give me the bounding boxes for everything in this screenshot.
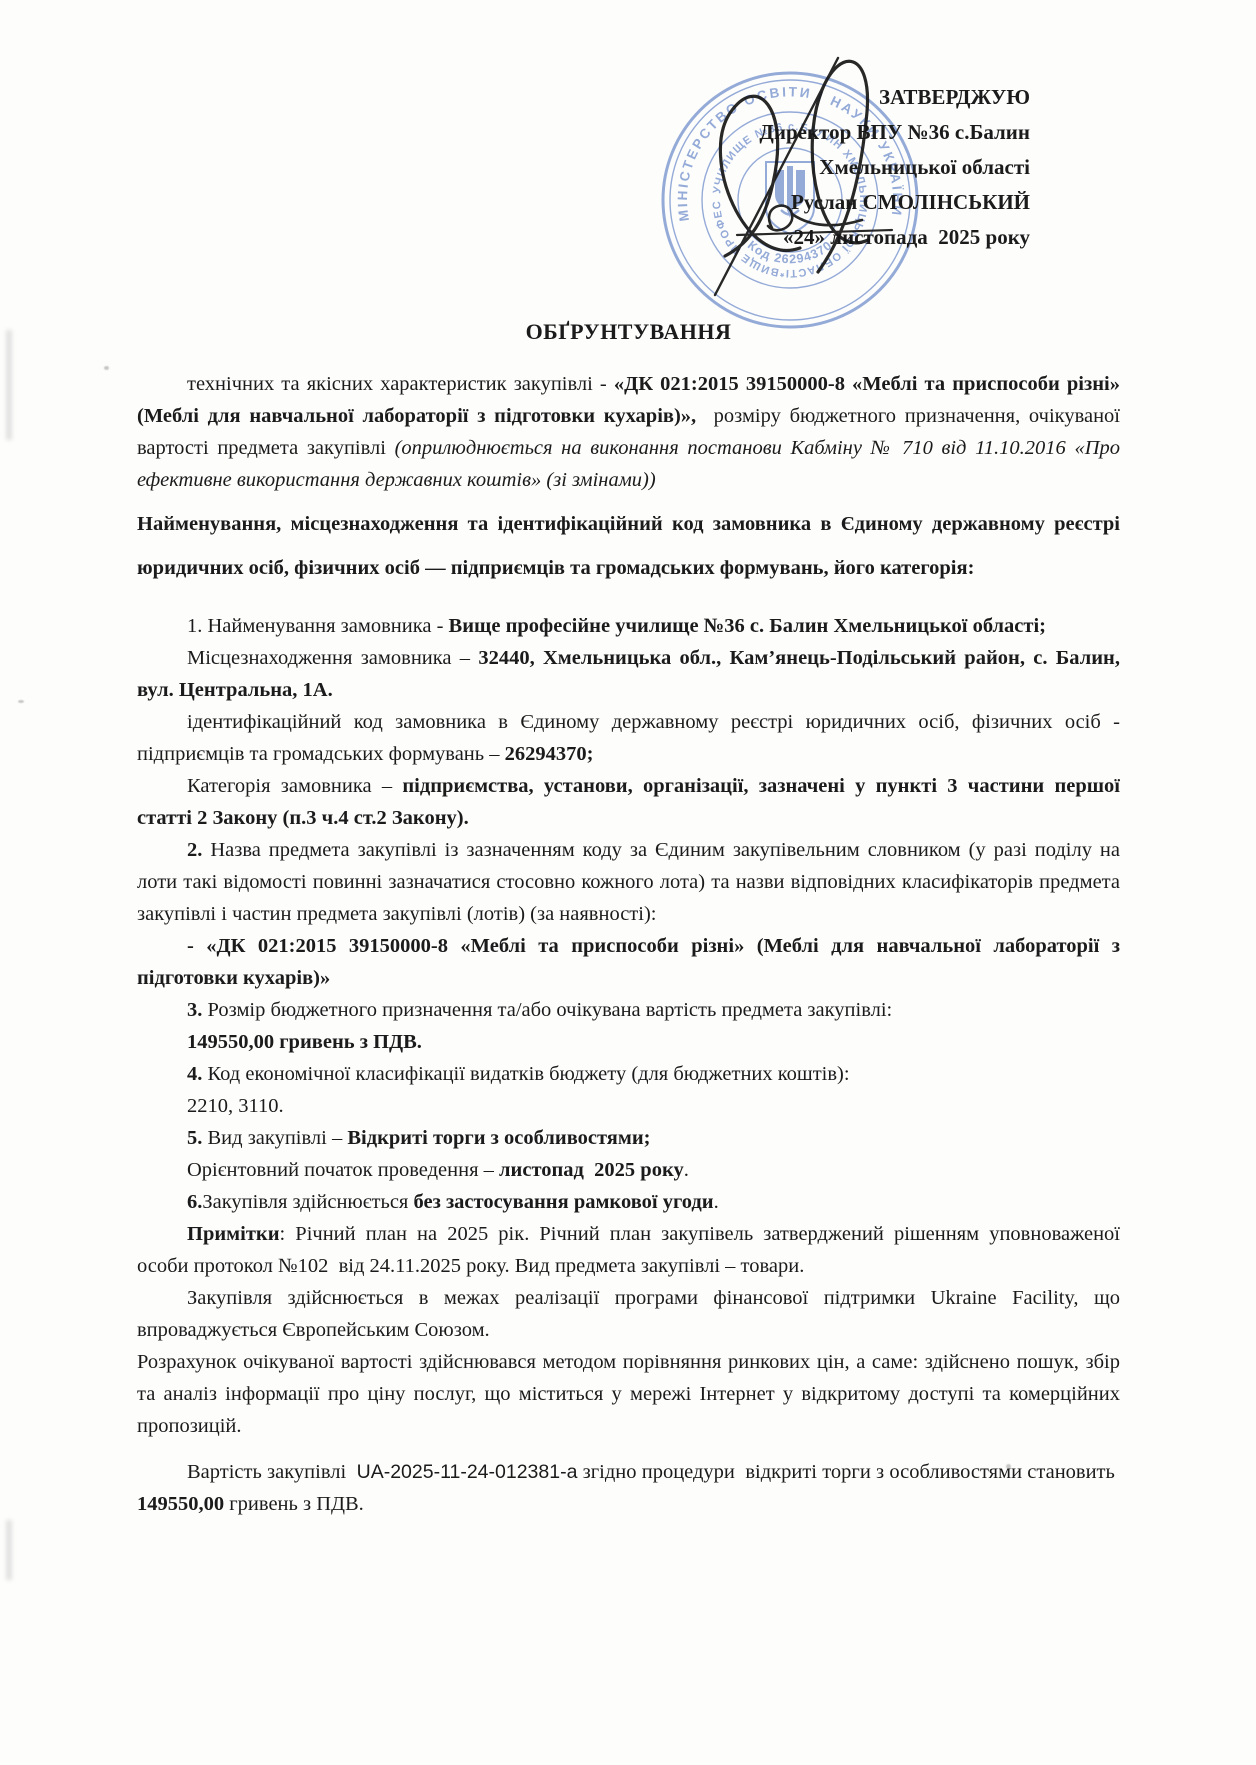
text-run: 4. — [187, 1063, 202, 1085]
text-run: 2210, 3110. — [187, 1095, 284, 1117]
text-run: Примітки — [187, 1223, 280, 1245]
scan-artifact — [6, 330, 12, 440]
text-run: Вид закупівлі – — [202, 1127, 347, 1149]
item-6-framework: 6.Закупівля здійснюється без застосуванн… — [137, 1186, 1120, 1218]
text-run: : Річний план на 2025 рік. Річний план з… — [137, 1223, 1120, 1277]
text-run: . — [714, 1191, 719, 1213]
scan-artifact — [18, 700, 24, 703]
text-run: Код економічної класифікації видатків бю… — [202, 1063, 849, 1085]
procurement-value-paragraph: Вартість закупівлі UA-2025-11-24-012381-… — [137, 1456, 1120, 1520]
kekv-codes: 2210, 3110. — [137, 1090, 1120, 1122]
text-run: 3. — [187, 999, 202, 1021]
text-run: 149550,00 гривень з ПДВ. — [187, 1031, 422, 1053]
dk-code-line: - «ДК 021:2015 39150000-8 «Меблі та прис… — [137, 930, 1120, 994]
document-body: ОБҐРУНТУВАННЯ технічних та якісних харак… — [137, 316, 1120, 1520]
intro-paragraph: технічних та якісних характеристик закуп… — [137, 368, 1120, 496]
text-run: Орієнтовний початок проведення – — [187, 1159, 499, 1181]
text-run: UA-2025-11-24-012381-а — [357, 1461, 578, 1483]
item-5-procurement-type: 5. Вид закупівлі – Відкриті торги з особ… — [137, 1122, 1120, 1154]
text-run: без застосування рамкової угоди — [414, 1191, 714, 1213]
item-4-kekv: 4. Код економічної класифікації видатків… — [137, 1058, 1120, 1090]
customer-id-code: ідентифікаційний код замовника в Єдиному… — [137, 706, 1120, 770]
text-run: 6. — [187, 1191, 202, 1213]
handwritten-signature — [645, 38, 945, 308]
text-run: Відкриті торги з особливостями; — [347, 1127, 650, 1149]
ukraine-facility-paragraph: Закупівля здійснюється в межах реалізаці… — [137, 1282, 1120, 1346]
text-run: Категорія замовника – — [187, 775, 402, 797]
text-run: Вартість закупівлі — [187, 1461, 357, 1483]
text-run: листопад 2025 року — [499, 1159, 684, 1181]
text-run: Місцезнаходження замовника – — [187, 647, 478, 669]
text-run: 1. Найменування замовника - — [187, 615, 449, 637]
text-run: 2. — [187, 839, 202, 861]
text-run: - «ДК 021:2015 39150000-8 «Меблі та прис… — [137, 935, 1120, 989]
text-run: 26294370; — [505, 743, 594, 765]
text-run: Вище професійне училище №36 с. Балин Хме… — [449, 615, 1046, 637]
text-run: Назва предмета закупівлі із зазначенням … — [137, 839, 1120, 925]
item-1-customer-name: 1. Найменування замовника - Вище професі… — [137, 610, 1120, 642]
text-run: 5. — [187, 1127, 202, 1149]
text-run: технічних та якісних характеристик закуп… — [187, 373, 614, 395]
document-title: ОБҐРУНТУВАННЯ — [137, 316, 1120, 348]
text-run: . — [684, 1159, 689, 1181]
item-2-subject-name: 2. Назва предмета закупівлі із зазначенн… — [137, 834, 1120, 930]
customer-location: Місцезнаходження замовника – 32440, Хмел… — [137, 642, 1120, 706]
text-run: Закупівля здійснюється — [202, 1191, 413, 1213]
text-run: Розрахунок очікуваної вартості здійснюва… — [137, 1351, 1120, 1437]
document-page: МІНІСТЕРСТВО ОСВІТИ І НАУКИ УКРАЇНИ УЧИЛ… — [0, 0, 1256, 1765]
item-3-budget: 3. Розмір бюджетного призначення та/або … — [137, 994, 1120, 1026]
text-run: Розмір бюджетного призначення та/або очі… — [202, 999, 892, 1021]
calculation-paragraph: Розрахунок очікуваної вартості здійснюва… — [137, 1346, 1120, 1442]
text-run: гривень з ПДВ. — [224, 1493, 364, 1515]
text-run: Закупівля здійснюється в межах реалізаці… — [137, 1287, 1120, 1341]
section-heading: Найменування, місцезнаходження та іденти… — [137, 502, 1120, 590]
text-run: згідно процедури відкриті торги з особли… — [577, 1461, 1120, 1483]
budget-amount: 149550,00 гривень з ПДВ. — [137, 1026, 1120, 1058]
scan-artifact — [104, 366, 109, 370]
start-date-line: Орієнтовний початок проведення – листопа… — [137, 1154, 1120, 1186]
customer-category: Категорія замовника – підприємства, уста… — [137, 770, 1120, 834]
notes-paragraph: Примітки: Річний план на 2025 рік. Річни… — [137, 1218, 1120, 1282]
text-run: 149550,00 — [137, 1493, 224, 1515]
text-run: ідентифікаційний код замовника в Єдиному… — [137, 711, 1120, 765]
scan-artifact — [6, 1520, 12, 1580]
text-run: Найменування, місцезнаходження та іденти… — [137, 513, 1120, 579]
